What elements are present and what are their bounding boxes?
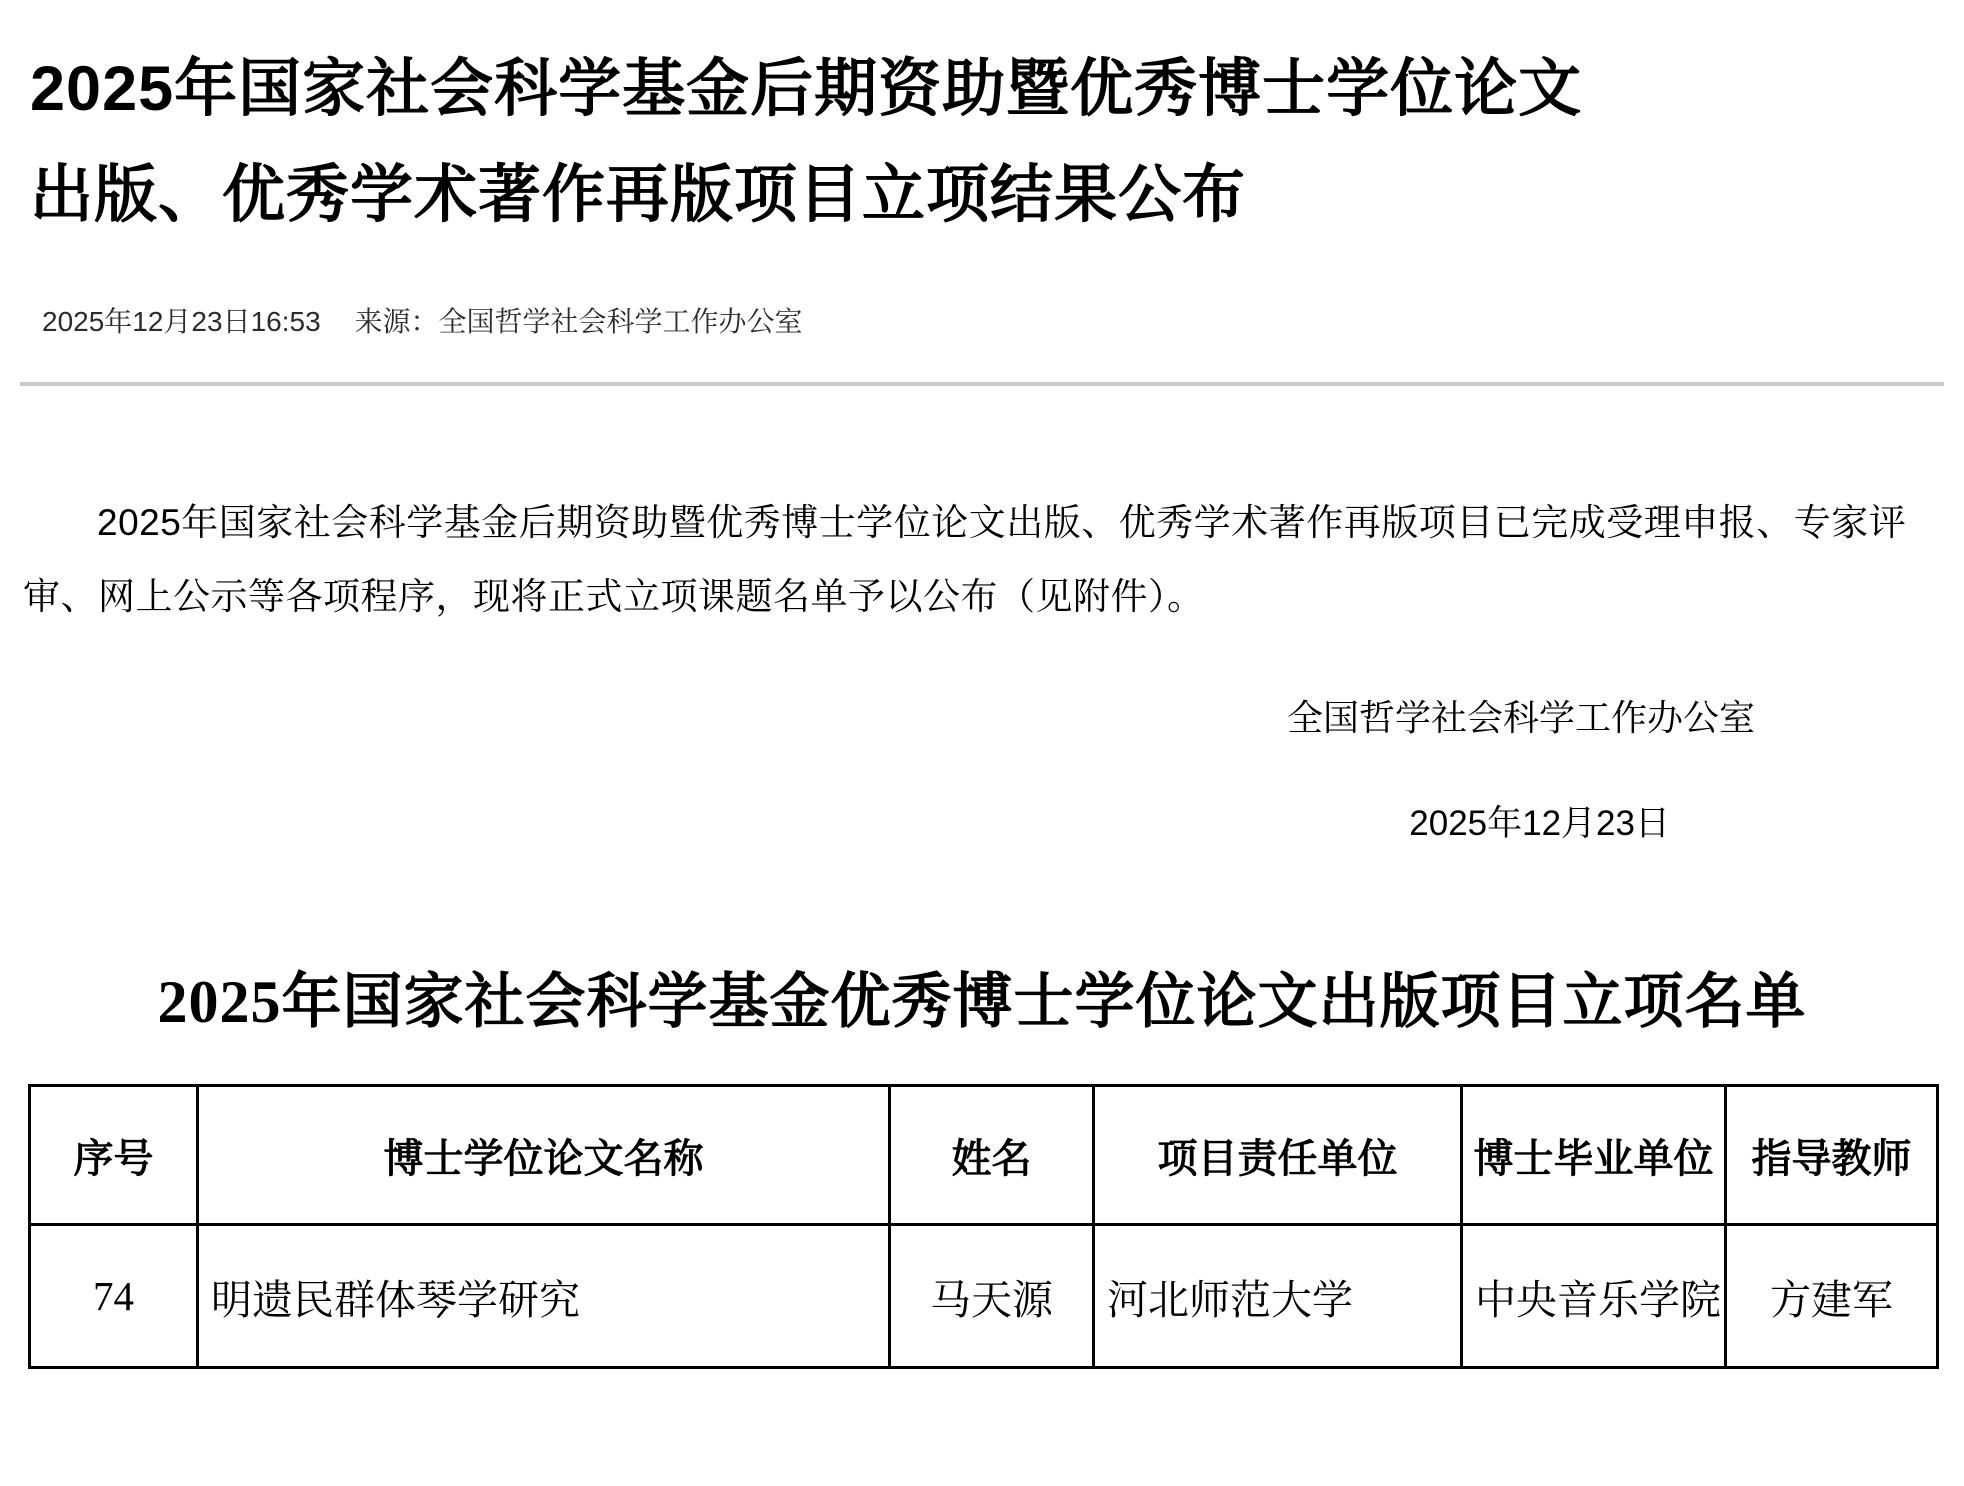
cell-advisor: 方建军 — [1726, 1225, 1938, 1368]
cell-name: 马天源 — [890, 1225, 1094, 1368]
signature-office: 全国哲学社会科学工作办公室 — [0, 690, 1964, 741]
header-graduation-unit: 博士毕业单位 — [1462, 1086, 1726, 1225]
announcement-page: 2025年国家社会科学基金后期资助暨优秀博士学位论文 出版、优秀学术著作再版项目… — [0, 0, 1964, 1486]
attachment-table-title: 2025年国家社会科学基金优秀博士学位论文出版项目立项名单 — [0, 954, 1964, 1040]
signature-date: 2025年12月23日 — [0, 796, 1964, 846]
publish-datetime: 2025年12月23日16:53 — [42, 306, 321, 337]
page-title: 2025年国家社会科学基金后期资助暨优秀博士学位论文 出版、优秀学术著作再版项目… — [30, 36, 1934, 248]
header-dissertation-title: 博士学位论文名称 — [198, 1086, 890, 1225]
table-row: 74 明遗民群体琴学研究 马天源 河北师范大学 中央音乐学院 方建军 — [30, 1225, 1938, 1368]
header-responsible-unit: 项目责任单位 — [1094, 1086, 1462, 1225]
cell-dissertation-title: 明遗民群体琴学研究 — [198, 1225, 890, 1368]
page-title-line-1: 2025年国家社会科学基金后期资助暨优秀博士学位论文 — [30, 36, 1934, 142]
article-source: 来源：全国哲学社会科学工作办公室 — [354, 306, 802, 337]
article-meta: 2025年12月23日16:53 来源：全国哲学社会科学工作办公室 — [42, 300, 1964, 340]
page-title-line-2: 出版、优秀学术著作再版项目立项结果公布 — [30, 142, 1934, 248]
header-divider — [20, 382, 1944, 386]
grant-list-table: 序号 博士学位论文名称 姓名 项目责任单位 博士毕业单位 指导教师 74 明遗民… — [28, 1084, 1939, 1369]
cell-graduation-unit: 中央音乐学院 — [1462, 1225, 1726, 1368]
header-serial-number: 序号 — [30, 1086, 198, 1225]
cell-serial-number: 74 — [30, 1225, 198, 1368]
header-advisor: 指导教师 — [1726, 1086, 1938, 1225]
table-header-row: 序号 博士学位论文名称 姓名 项目责任单位 博士毕业单位 指导教师 — [30, 1086, 1938, 1225]
header-name: 姓名 — [890, 1086, 1094, 1225]
announcement-paragraph: 2025年国家社会科学基金后期资助暨优秀博士学位论文出版、优秀学术著作再版项目已… — [23, 486, 1938, 634]
cell-responsible-unit: 河北师范大学 — [1094, 1225, 1462, 1368]
